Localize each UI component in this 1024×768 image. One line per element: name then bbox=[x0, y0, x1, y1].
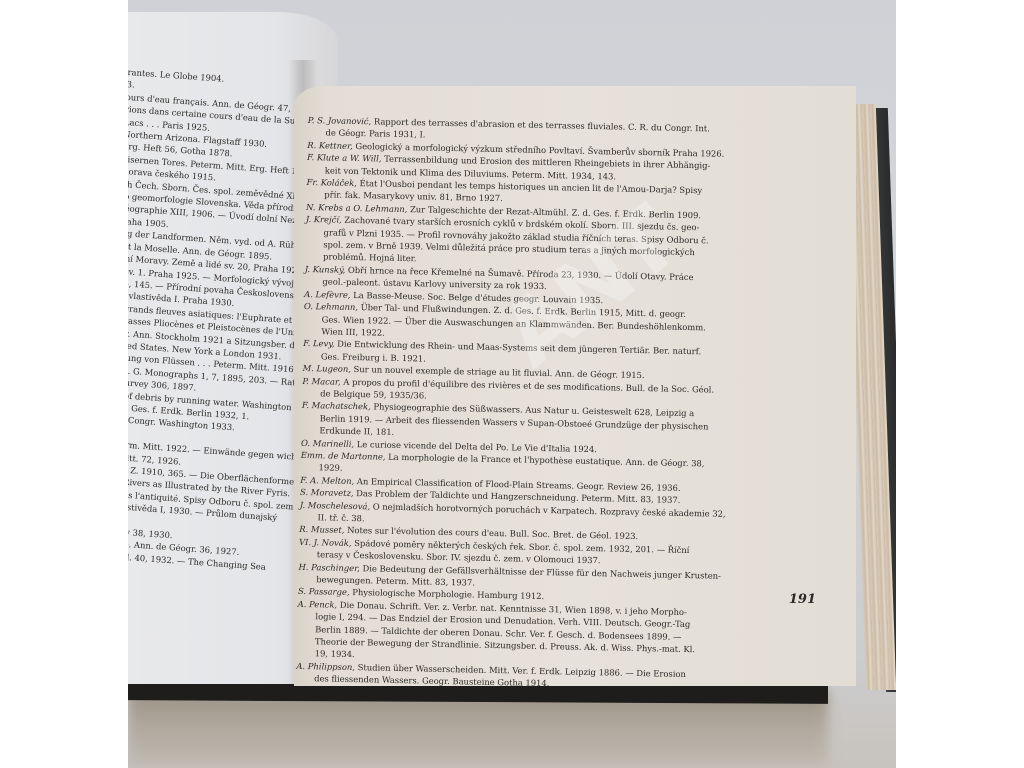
right-page: P. S. Jovanović, Rapport des terrasses d… bbox=[294, 86, 856, 686]
bibliography-list: P. S. Jovanović, Rapport des terrasses d… bbox=[296, 114, 734, 686]
entry-author: A. Philippson, bbox=[296, 661, 355, 672]
entry-author: F. Levy, bbox=[303, 338, 335, 349]
entry-author: F. A. Melton, bbox=[300, 475, 354, 486]
image-margin-left bbox=[0, 0, 128, 768]
entry-author: F. Klute a W. Will, bbox=[307, 152, 382, 164]
entry-author: N. Krebs a O. Lehmann, bbox=[306, 202, 407, 214]
entry-author: R. Musset, bbox=[299, 524, 344, 535]
entry-author: P. Macar, bbox=[302, 375, 340, 386]
entry-author: H. Paschinger, bbox=[298, 562, 360, 573]
entry-author: Fr. Koláček, bbox=[306, 177, 357, 188]
image-margin-right bbox=[896, 0, 1024, 768]
entry-author: VI. J. Novák, bbox=[299, 537, 352, 548]
entry-author: S. Passarge, bbox=[298, 586, 350, 597]
entry-author: A. Lefèvre, bbox=[304, 289, 351, 300]
entry-author: M. Lugeon, bbox=[303, 363, 351, 374]
entry-author: Emm. de Martonne, bbox=[301, 450, 386, 462]
entry-author: P. S. Jovanović, bbox=[308, 115, 372, 126]
entry-author: A. Penck, bbox=[298, 599, 338, 610]
entry-author: F. Machatschek, bbox=[302, 400, 371, 411]
entry-author: R. Kettner, bbox=[307, 140, 353, 151]
entry-author: O. Lehmann, bbox=[304, 301, 358, 312]
bibliography-entry: A. Penck, Die Donau. Schrift. Ver. z. Ve… bbox=[297, 598, 724, 669]
page-number: 191 bbox=[789, 592, 816, 607]
book-photo: rantes. Le Globe 1904.3.ours d'eau franç… bbox=[128, 0, 896, 768]
entry-author: J. Moschelesová, bbox=[300, 500, 371, 511]
entry-author: J. Krejčí, bbox=[306, 214, 342, 225]
entry-author: O. Marinelli, bbox=[301, 437, 354, 448]
entry-author: S. Moravetz, bbox=[300, 487, 354, 498]
entry-author: J. Kunský, bbox=[305, 264, 346, 275]
